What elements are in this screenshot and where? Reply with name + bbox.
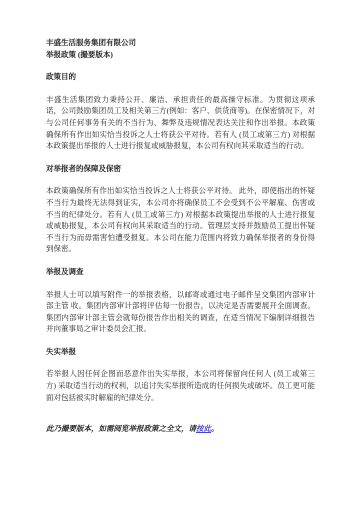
footer-note-prefix: 此乃撮要版本，如需阅览举报政策之全文，请 [46,424,196,433]
section-heading-reporting-investigation: 举报及调查 [46,266,315,278]
section-heading-whistleblower-protection: 对举报者的保障及保密 [46,163,315,175]
section-body-false-reporting: 若举报人因任何企图而恶意作出失实举报，本公司将保留向任何人 (员工或第三方) 采… [46,368,315,403]
title-block: 丰盛生活服务集团有限公司 举报政策 (撮要版本) [46,37,315,60]
section-heading-false-reporting: 失实举报 [46,346,315,358]
footer-note-suffix: 。 [211,424,219,433]
footer-note: 此乃撮要版本，如需阅览举报政策之全文，请按此。 [46,423,315,435]
company-name: 丰盛生活服务集团有限公司 [46,37,315,49]
section-body-reporting-investigation: 举报人士可以填写附件一的举报表格，以邮寄或通过电子邮件呈交集团内部审计部主管 收… [46,289,315,335]
document-title: 举报政策 (撮要版本) [46,49,315,61]
document-page: 丰盛生活服务集团有限公司 举报政策 (撮要版本) 政策目的 丰盛生活集团致力秉持… [0,0,360,510]
section-heading-policy-purpose: 政策目的 [46,71,315,83]
footer-full-policy-link[interactable]: 按此 [196,424,211,433]
section-body-policy-purpose: 丰盛生活集团致力秉持公开、廉洁、承担责任的最高操守标准。为贯彻这项承诺，公司鼓励… [46,94,315,152]
section-body-whistleblower-protection: 本政策确保所有作出如实恰当投诉之人士将获公平对待。 此外，即使指出的怀疑不当行为… [46,185,315,255]
